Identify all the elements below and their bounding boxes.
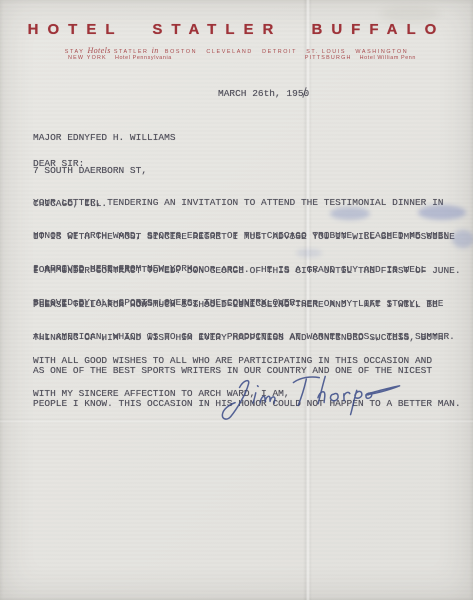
recipient-name: MAJOR EDNYFED H. WILLIAMS [33, 132, 176, 143]
letterhead-right-location: PITTSBURGH Hotel William Penn [305, 55, 416, 61]
paragraph-line: IT IS WITH THE MOST SINCERE REGRET I MUS… [33, 231, 455, 242]
letterhead-hotels-line: STAY Hotels STATLER in BOSTON CLEVELAND … [0, 46, 473, 55]
letterhead-left-location: NEW YORK Hotel Pennsylvania [68, 55, 172, 61]
hotel-name-title: HOTEL STATLER BUFFALO [0, 21, 473, 38]
hotels-script-word: Hotels [87, 46, 110, 55]
paragraph-line: WITH ALL GOOD WISHES TO ALL WHO ARE PART… [33, 355, 432, 366]
paragraph-line: PLEASE TELL ARCH HOW MUCH I SHOULD LIKE … [33, 299, 461, 310]
in-script-word: in [152, 46, 159, 55]
hotel-william-penn-label: Hotel William Penn [360, 55, 416, 61]
salutation: DEAR SIR: [33, 158, 84, 169]
hotel-pennsylvania-label: Hotel Pennsylvania [115, 55, 172, 61]
date-line: MARCH 26th, 1950 [218, 88, 309, 99]
paragraph-line: I AM UNDER CONTRACT TO ED. DON GEORGE OF… [33, 265, 461, 276]
jim-thorpe-signature [209, 367, 411, 432]
scanned-letter-page: HOTEL STATLER BUFFALO STAY Hotels STATLE… [0, 0, 473, 600]
paragraph-line: YOUR LETTER, TENDERING AN INVITATION TO … [33, 197, 449, 208]
new-york-label: NEW YORK [68, 55, 107, 61]
pittsburgh-label: PITTSBURGH [305, 55, 352, 61]
letterhead-locations-line: NEW YORK Hotel Pennsylvania PITTSBURGH H… [68, 55, 416, 61]
paper-stain [380, 6, 440, 22]
